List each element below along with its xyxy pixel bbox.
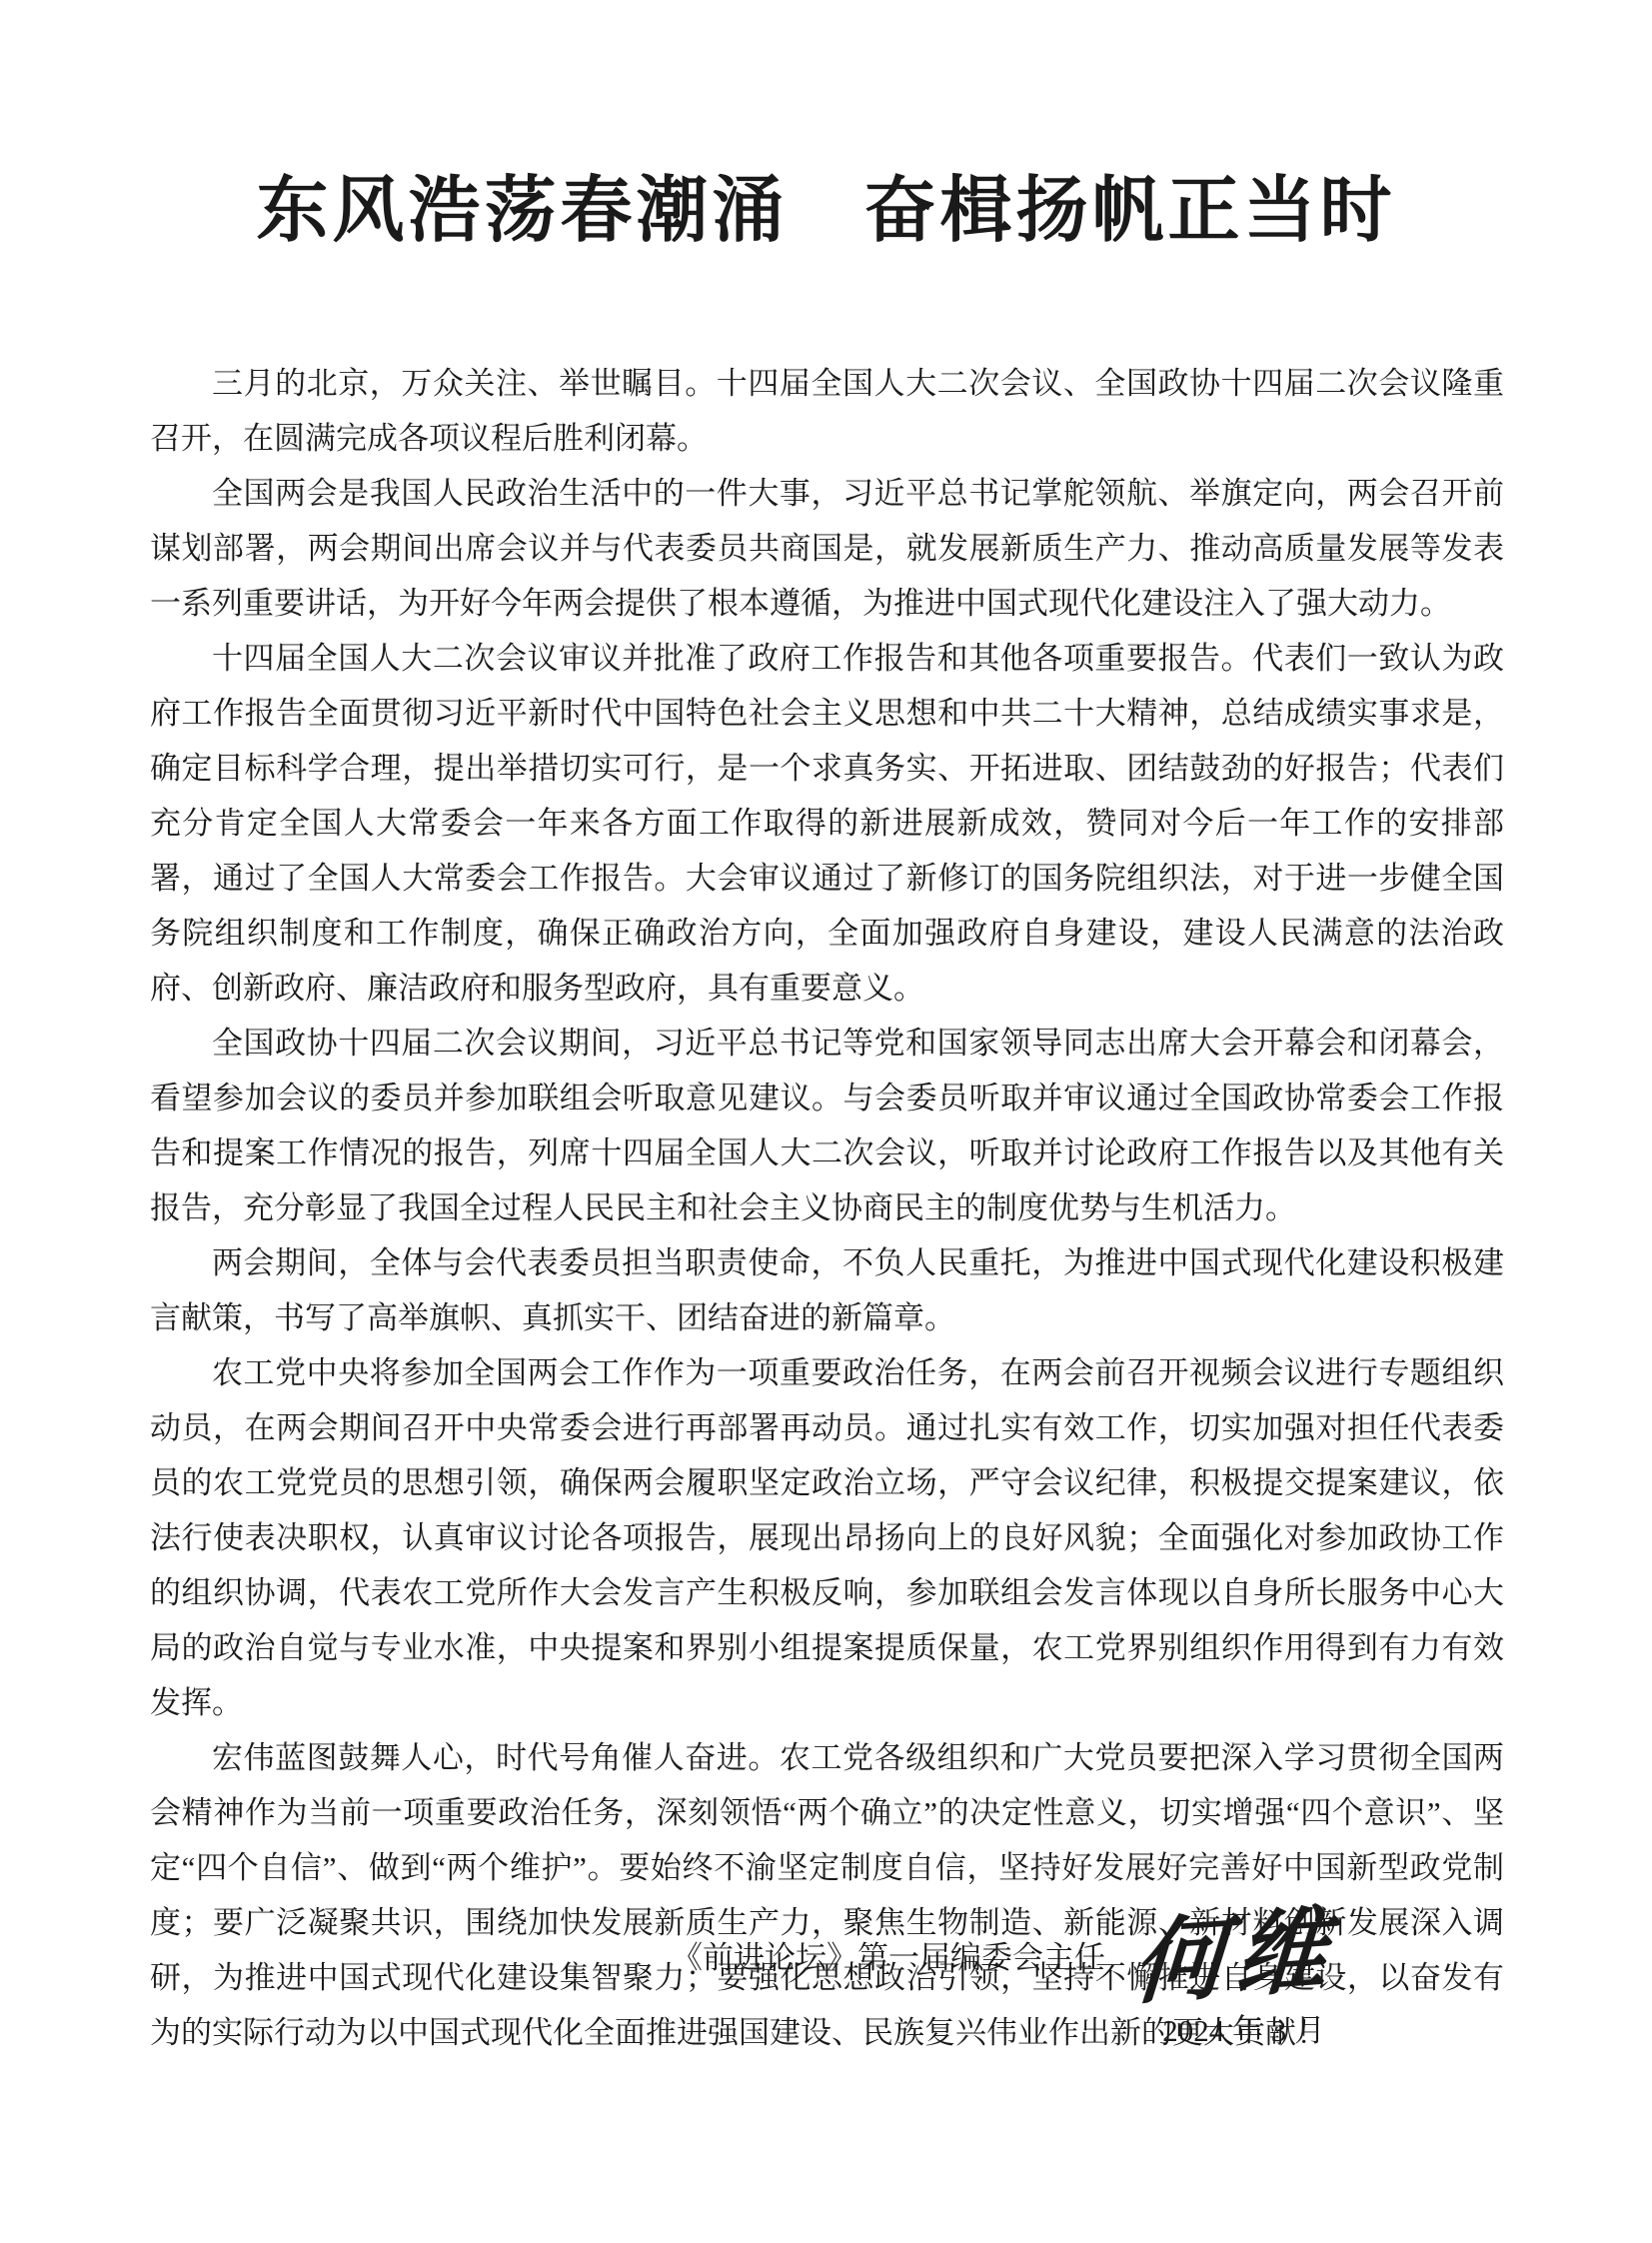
paragraph-3: 十四届全国人大二次会议审议并批准了政府工作报告和其他各项重要报告。代表们一致认为…: [150, 631, 1504, 1016]
paragraph-1: 三月的北京，万众关注、举世瞩目。十四届全国人大二次会议、全国政协十四届二次会议隆…: [150, 356, 1504, 466]
signature-line: 《前进论坛》第一届编委会主任 何维: [672, 1911, 1337, 2003]
article-title: 东风浩荡春潮涌 奋楫扬帆正当时: [0, 172, 1652, 251]
paragraph-2: 全国两会是我国人民政治生活中的一件大事，习近平总书记掌舵领航、举旗定向，两会召开…: [150, 466, 1504, 631]
signature-block: 《前进论坛》第一届编委会主任 何维 2024 年 3 月: [672, 1911, 1337, 2055]
signature-date: 2024 年 3 月: [672, 2007, 1337, 2055]
article-body: 三月的北京，万众关注、举世瞩目。十四届全国人大二次会议、全国政协十四届二次会议隆…: [150, 356, 1504, 2060]
document-page: 东风浩荡春潮涌 奋楫扬帆正当时 三月的北京，万众关注、举世瞩目。十四届全国人大二…: [0, 0, 1652, 2243]
signature-role-label: 《前进论坛》第一届编委会主任: [672, 1930, 1105, 1985]
signature-handwritten-name: 何维: [1130, 1904, 1340, 2011]
paragraph-5: 两会期间，全体与会代表委员担当职责使命，不负人民重托，为推进中国式现代化建设积极…: [150, 1235, 1504, 1345]
paragraph-6: 农工党中央将参加全国两会工作作为一项重要政治任务，在两会前召开视频会议进行专题组…: [150, 1345, 1504, 1730]
paragraph-4: 全国政协十四届二次会议期间，习近平总书记等党和国家领导同志出席大会开幕会和闭幕会…: [150, 1016, 1504, 1235]
